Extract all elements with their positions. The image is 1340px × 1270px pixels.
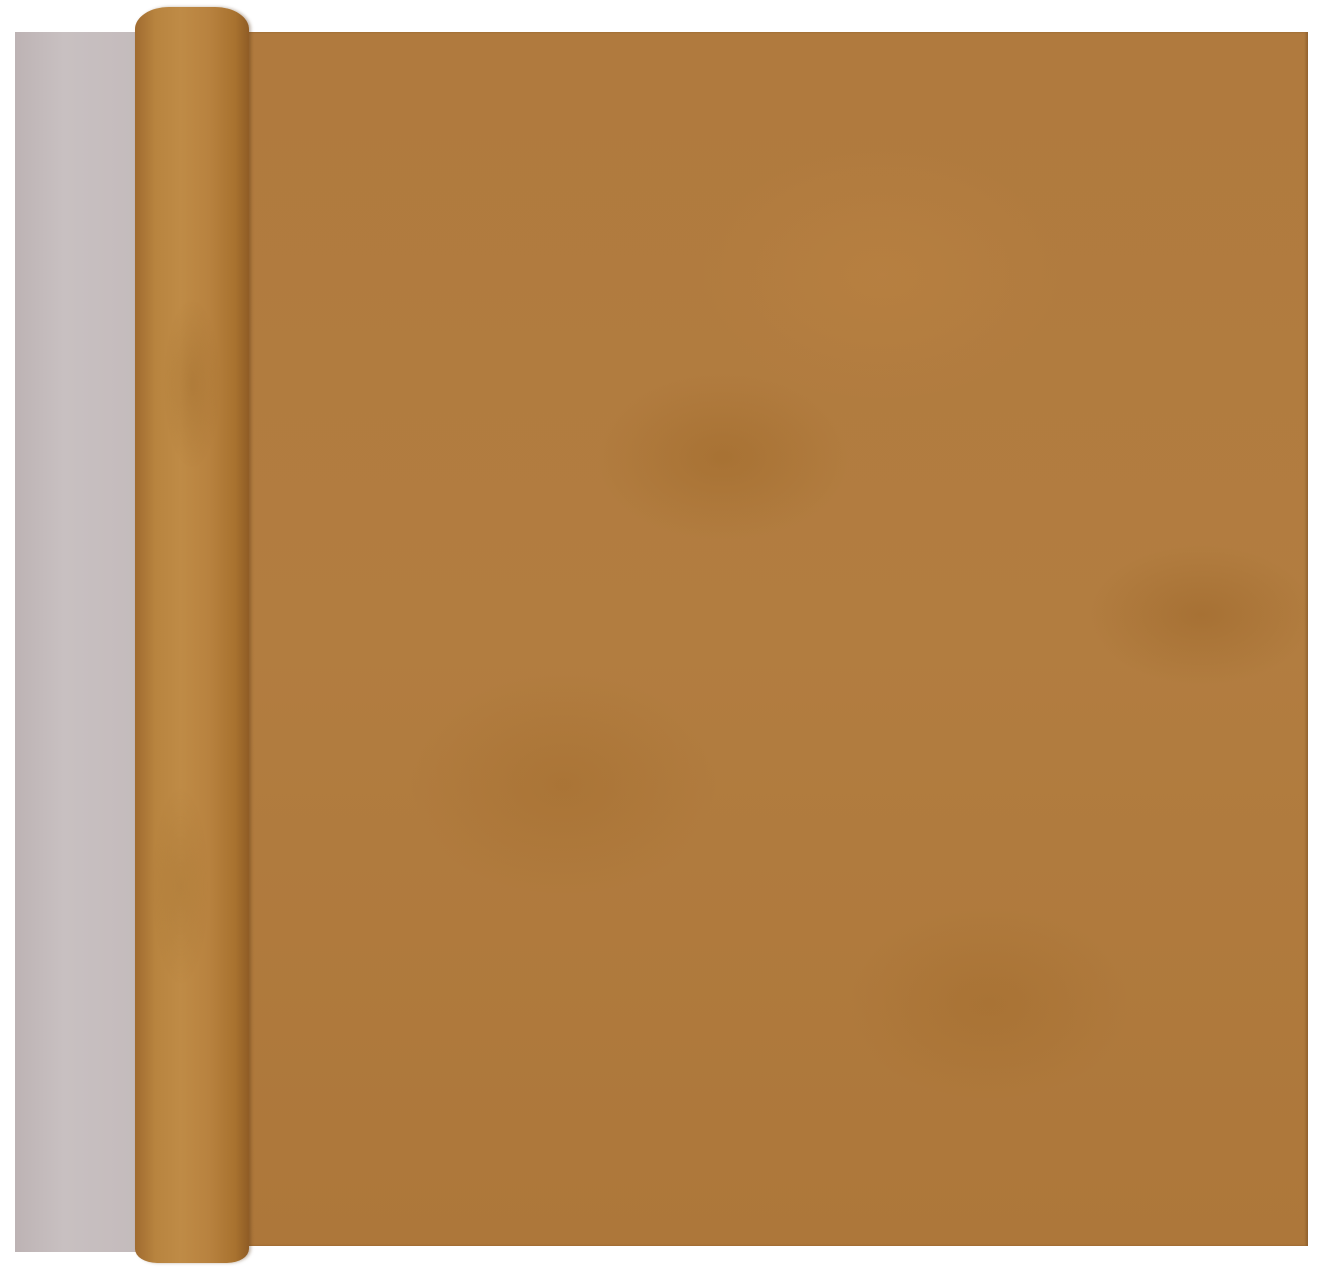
roll-texture xyxy=(135,7,249,1263)
fabric-roll-tube xyxy=(135,7,249,1263)
gray-backing-sheet xyxy=(15,32,137,1252)
unrolled-fabric-sheet xyxy=(244,32,1308,1246)
